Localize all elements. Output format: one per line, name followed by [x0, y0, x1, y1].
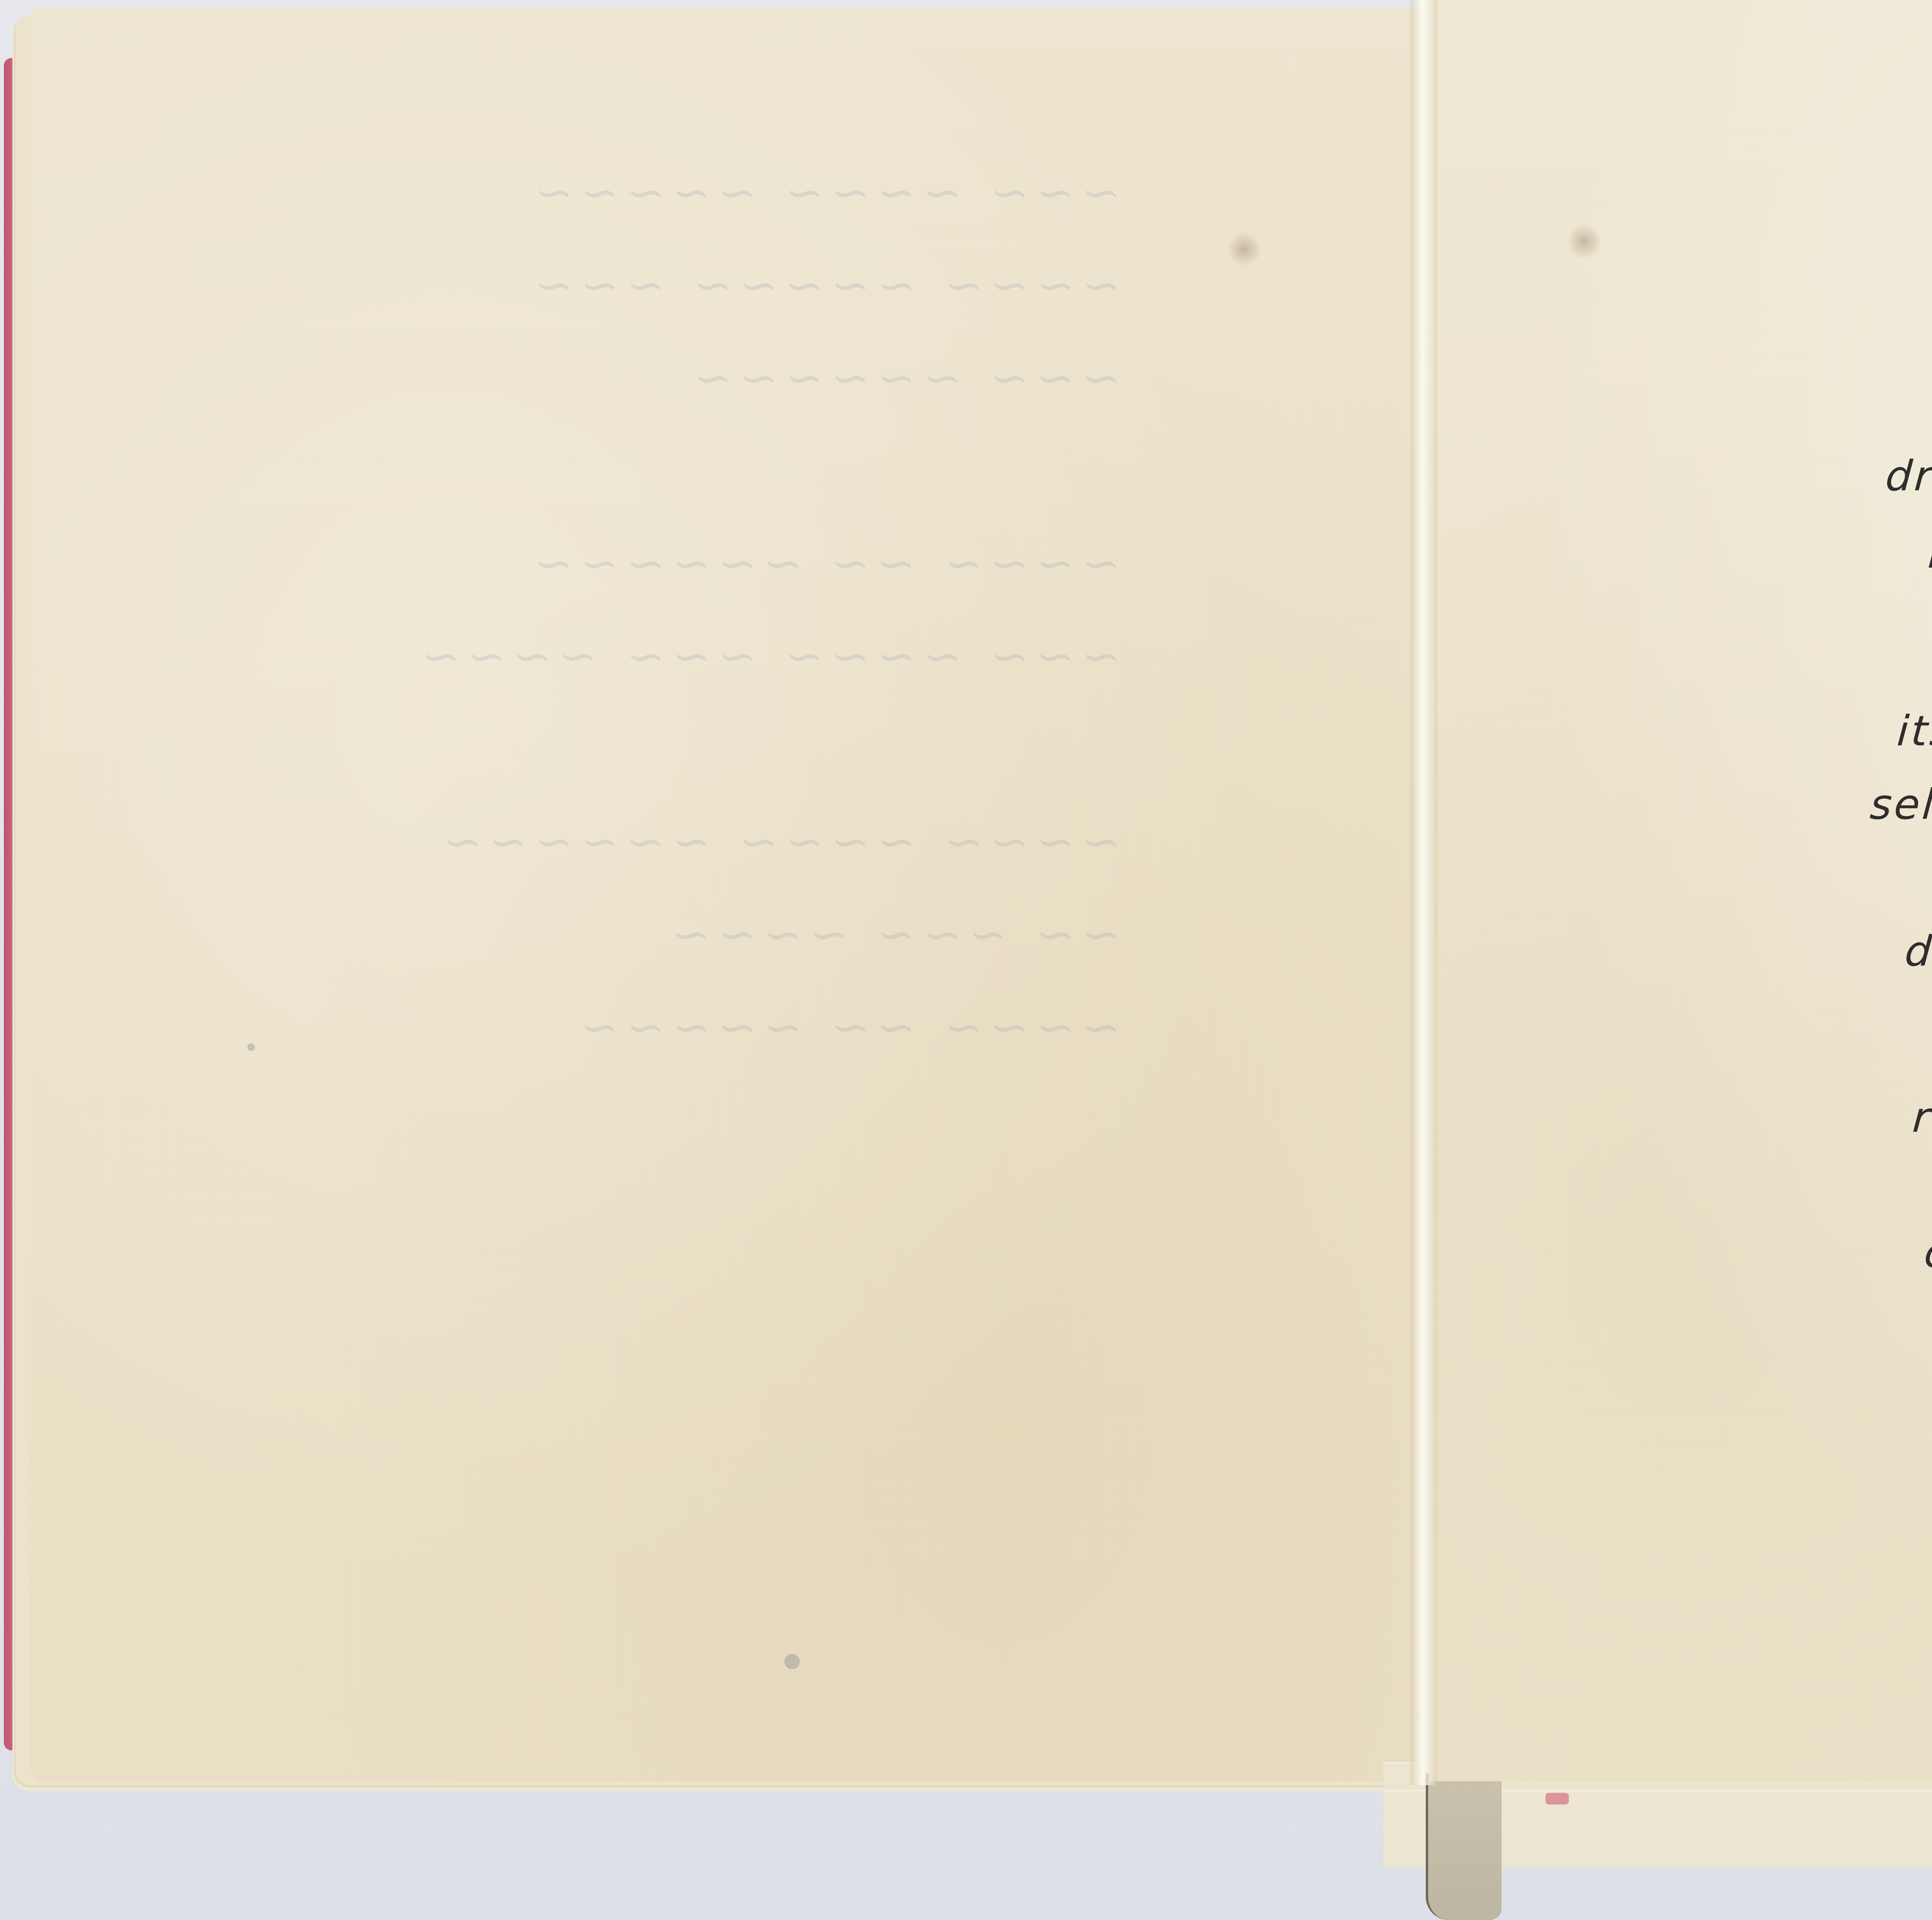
paper-fleck — [247, 1043, 255, 1051]
poem-line: romps away — [1911, 1093, 1932, 1142]
pink-paper-scrap — [1546, 1793, 1569, 1804]
cardboard-tab — [1426, 1774, 1502, 1920]
book-gutter — [1410, 0, 1437, 1785]
poem-line: detached — [1903, 927, 1932, 976]
paper-inclusion — [1569, 224, 1600, 259]
poem-line: dressed in hessian — [1884, 452, 1932, 500]
right-page — [1430, 0, 1932, 1781]
poem-line: seldom latched — [1869, 781, 1932, 829]
paper-inclusion — [1229, 232, 1260, 267]
left-page — [31, 8, 1422, 1781]
poem-line: its windows — [1896, 707, 1932, 755]
paper-fleck — [784, 1654, 800, 1669]
